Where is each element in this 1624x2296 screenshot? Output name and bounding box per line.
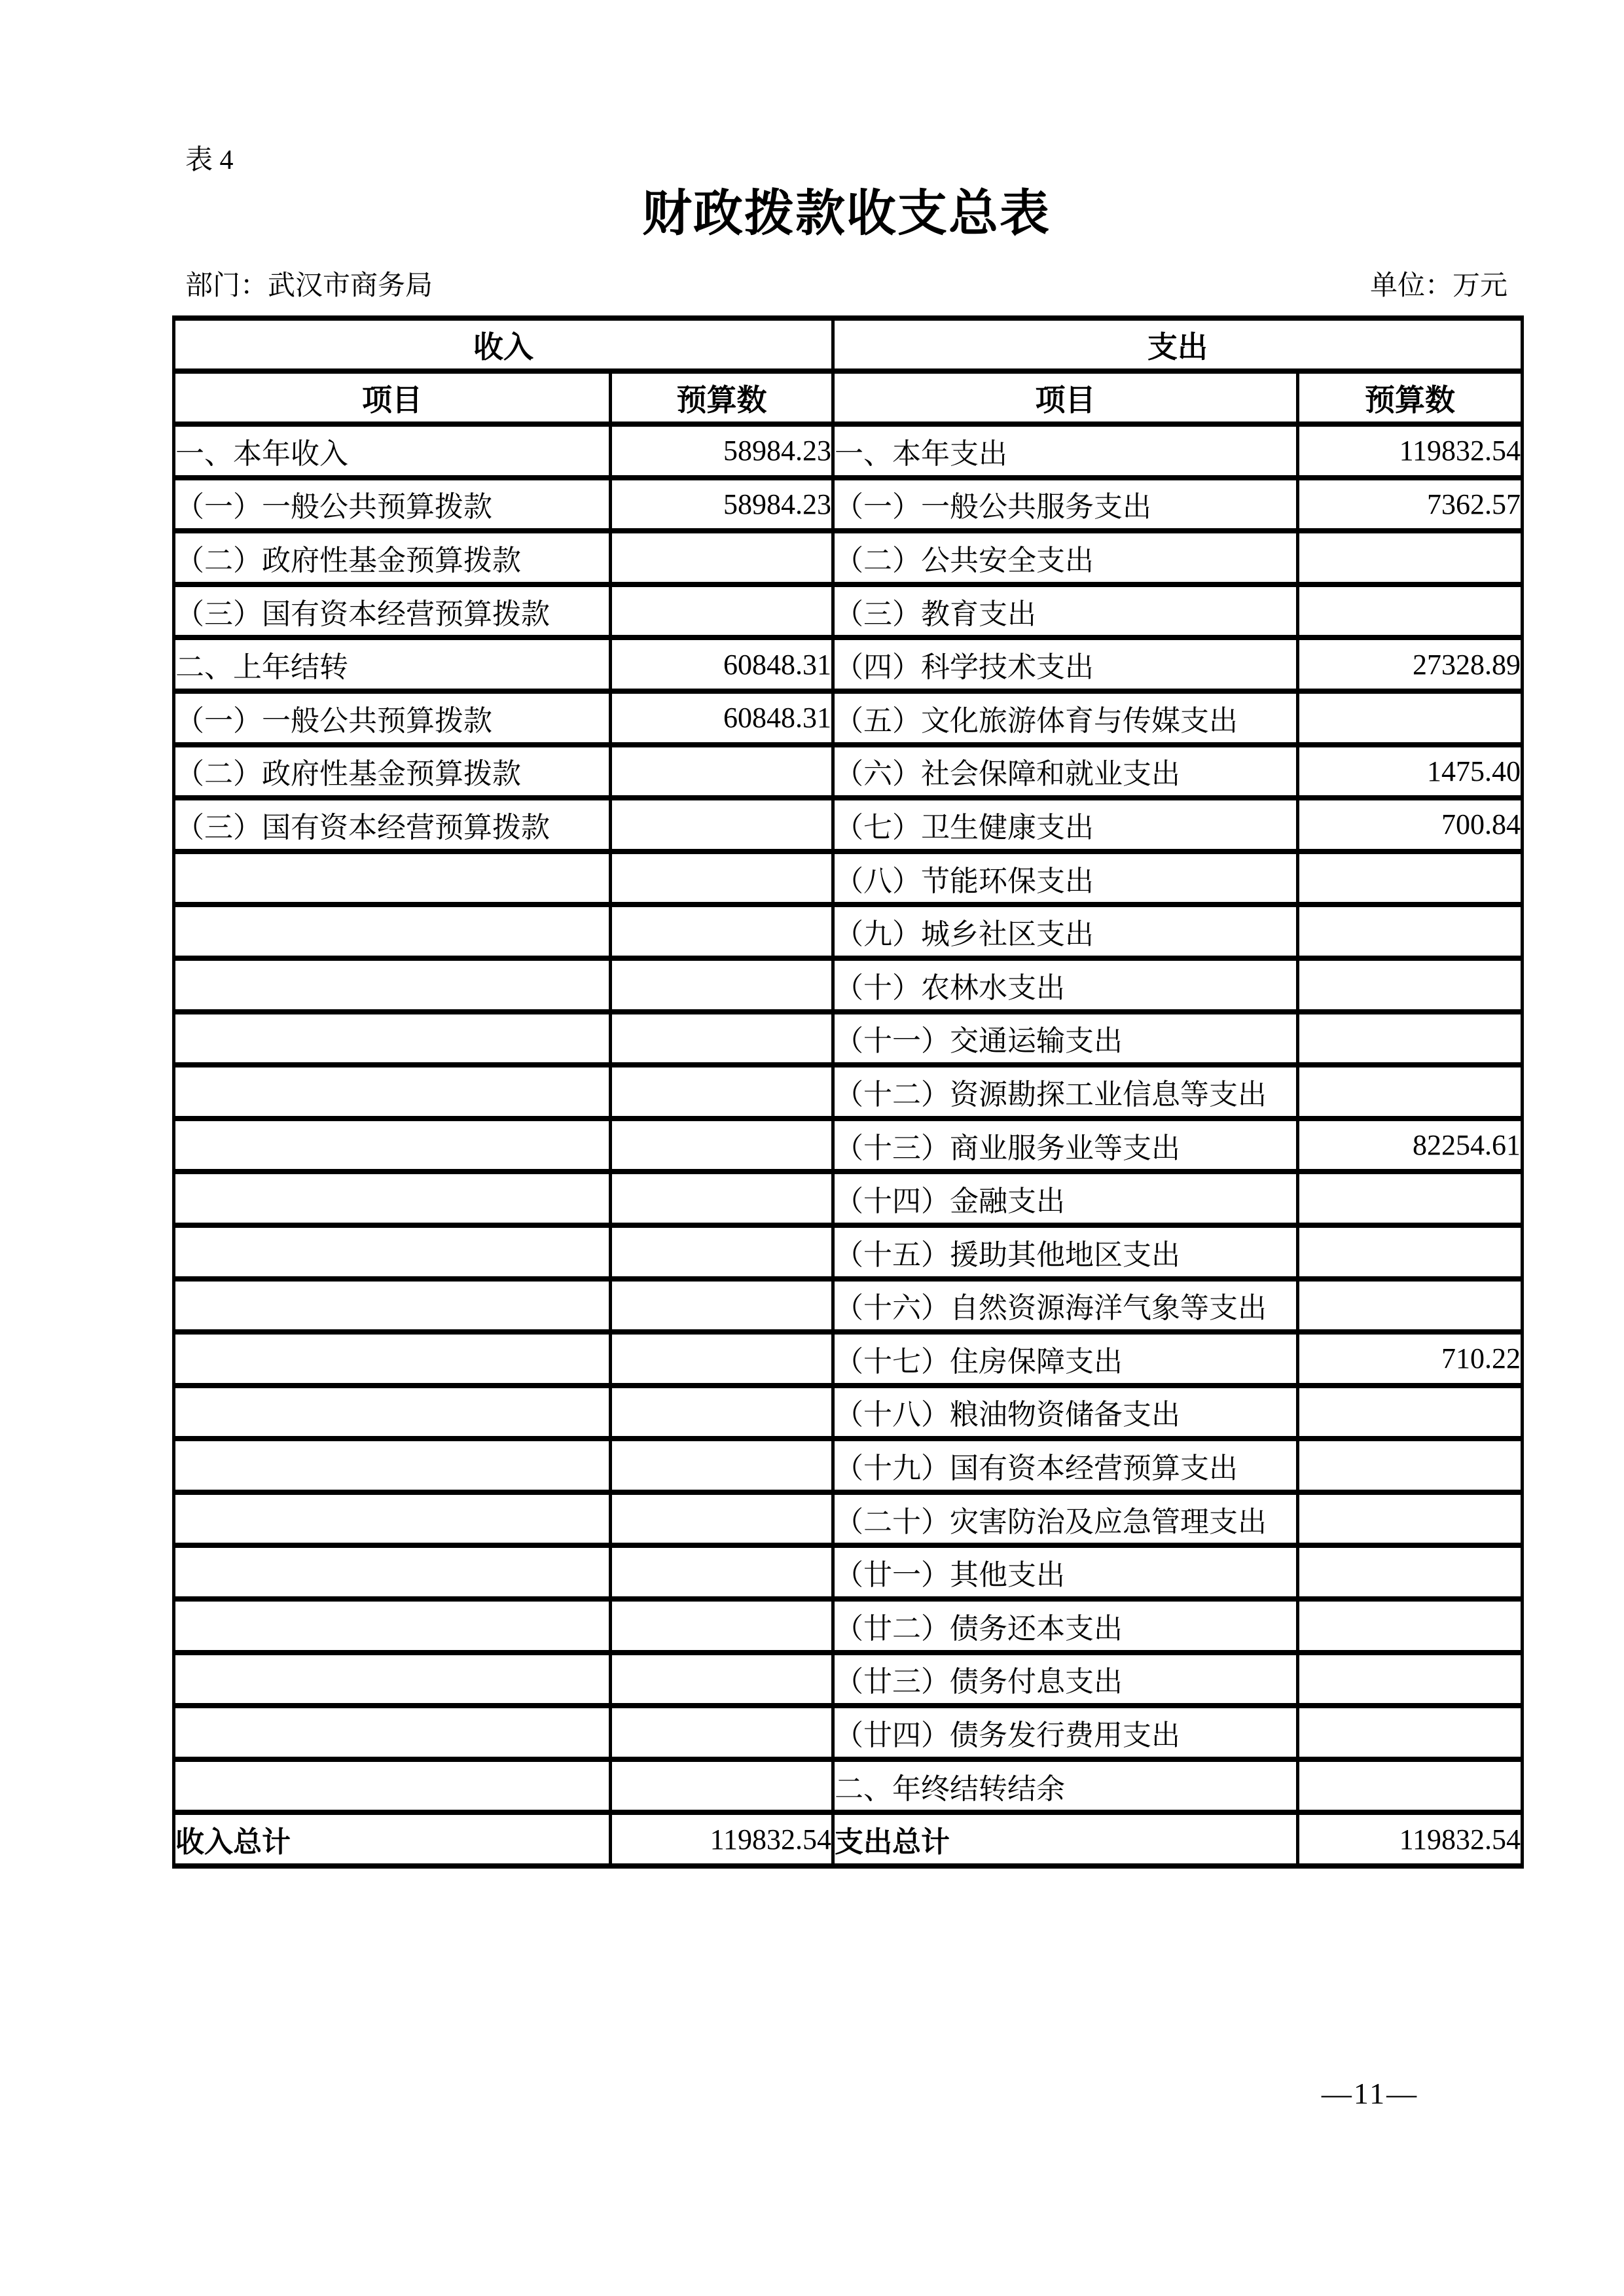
table-row: （十三）商业服务业等支出82254.61 — [174, 1119, 1523, 1172]
table-row: 二、年终结转结余 — [174, 1759, 1523, 1813]
expense-budget-cell — [1298, 1653, 1523, 1706]
document-page: 表 4 财政拨款收支总表 部门：武汉市商务局 单位：万元 收入 支出 项目 预算… — [0, 0, 1624, 2296]
income-item-cell — [174, 1012, 611, 1066]
income-item-cell — [174, 1386, 611, 1439]
income-budget-cell: 60848.31 — [611, 691, 833, 745]
table-number-label: 表 4 — [185, 144, 234, 177]
income-item-cell — [174, 1439, 611, 1492]
income-budget-cell: 60848.31 — [611, 637, 833, 691]
income-item-cell: 一、本年收入 — [174, 424, 611, 478]
page-number: —11— — [1239, 2076, 1501, 2111]
expense-item-cell: （十九）国有资本经营预算支出 — [833, 1439, 1298, 1492]
table-row: 一、本年收入58984.23一、本年支出119832.54 — [174, 424, 1523, 478]
income-budget-cell — [611, 1386, 833, 1439]
income-item-cell — [174, 1332, 611, 1386]
expense-item-cell: 支出总计 — [833, 1812, 1298, 1866]
expense-item-cell: （十）农林水支出 — [833, 958, 1298, 1012]
expense-budget-cell — [1298, 1492, 1523, 1546]
income-budget-cell — [611, 1065, 833, 1119]
income-group-header: 收入 — [174, 318, 833, 371]
expense-budget-cell: 119832.54 — [1298, 424, 1523, 478]
income-budget-cell — [611, 1492, 833, 1546]
income-budget-cell — [611, 798, 833, 852]
table-row: （十一）交通运输支出 — [174, 1012, 1523, 1066]
table-row: （十八）粮油物资储备支出 — [174, 1386, 1523, 1439]
table-row: （十四）金融支出 — [174, 1172, 1523, 1225]
page-title: 财政拨款收支总表 — [172, 186, 1521, 243]
income-item-cell — [174, 958, 611, 1012]
income-item-cell — [174, 852, 611, 905]
table-row: （二）政府性基金预算拨款（六）社会保障和就业支出1475.40 — [174, 745, 1523, 798]
income-item-cell — [174, 1119, 611, 1172]
income-item-cell — [174, 1653, 611, 1706]
expense-item-cell: （三）教育支出 — [833, 584, 1298, 638]
income-budget-cell — [611, 1279, 833, 1333]
income-item-cell — [174, 1065, 611, 1119]
expense-budget-cell: 119832.54 — [1298, 1812, 1523, 1866]
expense-budget-cell — [1298, 852, 1523, 905]
income-budget-cell — [611, 1172, 833, 1225]
expense-budget-cell — [1298, 584, 1523, 638]
table-row: （十六）自然资源海洋气象等支出 — [174, 1279, 1523, 1333]
expense-budget-cell — [1298, 1225, 1523, 1279]
expense-item-cell: （十一）交通运输支出 — [833, 1012, 1298, 1066]
expense-budget-cell — [1298, 1759, 1523, 1813]
income-item-cell — [174, 905, 611, 958]
expense-budget-cell — [1298, 905, 1523, 958]
expense-budget-cell — [1298, 1706, 1523, 1759]
expense-budget-cell — [1298, 1065, 1523, 1119]
income-budget-header: 预算数 — [611, 371, 833, 424]
expense-item-cell: （八）节能环保支出 — [833, 852, 1298, 905]
income-item-cell: （一）一般公共预算拨款 — [174, 691, 611, 745]
expense-budget-cell — [1298, 1439, 1523, 1492]
income-budget-cell — [611, 1225, 833, 1279]
income-item-cell: （一）一般公共预算拨款 — [174, 478, 611, 531]
table-row: （廿一）其他支出 — [174, 1545, 1523, 1599]
income-item-cell: （二）政府性基金预算拨款 — [174, 745, 611, 798]
table-row: （二十）灾害防治及应急管理支出 — [174, 1492, 1523, 1546]
table-row: （一）一般公共预算拨款58984.23（一）一般公共服务支出7362.57 — [174, 478, 1523, 531]
income-budget-cell — [611, 1653, 833, 1706]
income-item-cell — [174, 1759, 611, 1813]
expense-item-cell: （廿四）债务发行费用支出 — [833, 1706, 1298, 1759]
income-item-cell — [174, 1492, 611, 1546]
expense-group-header: 支出 — [833, 318, 1523, 371]
table-row: （八）节能环保支出 — [174, 852, 1523, 905]
income-budget-cell — [611, 1012, 833, 1066]
expense-item-cell: （二十）灾害防治及应急管理支出 — [833, 1492, 1298, 1546]
income-budget-cell — [611, 1119, 833, 1172]
expense-budget-cell — [1298, 1172, 1523, 1225]
expense-item-cell: （十二）资源勘探工业信息等支出 — [833, 1065, 1298, 1119]
income-budget-cell — [611, 958, 833, 1012]
expense-item-cell: （五）文化旅游体育与传媒支出 — [833, 691, 1298, 745]
table-row: （一）一般公共预算拨款60848.31（五）文化旅游体育与传媒支出 — [174, 691, 1523, 745]
income-budget-cell — [611, 1545, 833, 1599]
income-item-cell: （二）政府性基金预算拨款 — [174, 531, 611, 584]
expense-item-cell: （廿三）债务付息支出 — [833, 1653, 1298, 1706]
expense-budget-header: 预算数 — [1298, 371, 1523, 424]
table-row: （十）农林水支出 — [174, 958, 1523, 1012]
income-item-cell — [174, 1545, 611, 1599]
income-budget-cell — [611, 584, 833, 638]
income-budget-cell — [611, 1332, 833, 1386]
expense-item-cell: （九）城乡社区支出 — [833, 905, 1298, 958]
expense-item-cell: （十六）自然资源海洋气象等支出 — [833, 1279, 1298, 1333]
income-item-cell — [174, 1706, 611, 1759]
income-budget-cell — [611, 531, 833, 584]
unit-label: 单位：万元 — [1370, 270, 1507, 302]
table-row: （十五）援助其他地区支出 — [174, 1225, 1523, 1279]
budget-table: 收入 支出 项目 预算数 项目 预算数 一、本年收入58984.23一、本年支出… — [172, 315, 1524, 1869]
expense-item-cell: （十五）援助其他地区支出 — [833, 1225, 1298, 1279]
expense-budget-cell: 700.84 — [1298, 798, 1523, 852]
department-label: 部门：武汉市商务局 — [185, 270, 433, 302]
expense-budget-cell: 27328.89 — [1298, 637, 1523, 691]
expense-budget-cell — [1298, 691, 1523, 745]
expense-item-cell: （二）公共安全支出 — [833, 531, 1298, 584]
table-row: （二）政府性基金预算拨款（二）公共安全支出 — [174, 531, 1523, 584]
expense-budget-cell: 82254.61 — [1298, 1119, 1523, 1172]
expense-item-cell: 一、本年支出 — [833, 424, 1298, 478]
expense-item-cell: （十七）住房保障支出 — [833, 1332, 1298, 1386]
expense-item-cell: （十四）金融支出 — [833, 1172, 1298, 1225]
table-row: （廿三）债务付息支出 — [174, 1653, 1523, 1706]
income-budget-cell: 119832.54 — [611, 1812, 833, 1866]
meta-row: 部门：武汉市商务局 单位：万元 — [185, 270, 1507, 302]
income-budget-cell — [611, 852, 833, 905]
expense-item-cell: （四）科学技术支出 — [833, 637, 1298, 691]
expense-item-cell: 二、年终结转结余 — [833, 1759, 1298, 1813]
table-row: （廿二）债务还本支出 — [174, 1599, 1523, 1653]
expense-item-cell: （七）卫生健康支出 — [833, 798, 1298, 852]
expense-item-cell: （廿一）其他支出 — [833, 1545, 1298, 1599]
income-budget-cell — [611, 1439, 833, 1492]
table-body: 一、本年收入58984.23一、本年支出119832.54（一）一般公共预算拨款… — [174, 424, 1523, 1866]
expense-item-cell: （十三）商业服务业等支出 — [833, 1119, 1298, 1172]
income-item-cell — [174, 1599, 611, 1653]
expense-budget-cell — [1298, 1012, 1523, 1066]
income-budget-cell — [611, 1599, 833, 1653]
table-row: （十二）资源勘探工业信息等支出 — [174, 1065, 1523, 1119]
expense-item-cell: （廿二）债务还本支出 — [833, 1599, 1298, 1653]
income-budget-cell — [611, 1706, 833, 1759]
table-row: （十七）住房保障支出710.22 — [174, 1332, 1523, 1386]
income-budget-cell: 58984.23 — [611, 424, 833, 478]
income-budget-cell: 58984.23 — [611, 478, 833, 531]
table-row: 收入总计119832.54支出总计119832.54 — [174, 1812, 1523, 1866]
expense-budget-cell — [1298, 1386, 1523, 1439]
expense-budget-cell — [1298, 531, 1523, 584]
expense-item-cell: （六）社会保障和就业支出 — [833, 745, 1298, 798]
income-item-cell: （三）国有资本经营预算拨款 — [174, 584, 611, 638]
income-item-cell — [174, 1279, 611, 1333]
expense-item-header: 项目 — [833, 371, 1298, 424]
column-header-row: 项目 预算数 项目 预算数 — [174, 371, 1523, 424]
group-header-row: 收入 支出 — [174, 318, 1523, 371]
expense-budget-cell — [1298, 1545, 1523, 1599]
income-item-cell: （三）国有资本经营预算拨款 — [174, 798, 611, 852]
expense-item-cell: （一）一般公共服务支出 — [833, 478, 1298, 531]
income-budget-cell — [611, 905, 833, 958]
expense-budget-cell: 710.22 — [1298, 1332, 1523, 1386]
expense-budget-cell: 7362.57 — [1298, 478, 1523, 531]
expense-budget-cell: 1475.40 — [1298, 745, 1523, 798]
expense-budget-cell — [1298, 1279, 1523, 1333]
income-budget-cell — [611, 1759, 833, 1813]
table-row: （廿四）债务发行费用支出 — [174, 1706, 1523, 1759]
income-item-header: 项目 — [174, 371, 611, 424]
income-item-cell — [174, 1225, 611, 1279]
table-row: （十九）国有资本经营预算支出 — [174, 1439, 1523, 1492]
table-row: （九）城乡社区支出 — [174, 905, 1523, 958]
table-row: （三）国有资本经营预算拨款（三）教育支出 — [174, 584, 1523, 638]
table-row: 二、上年结转60848.31（四）科学技术支出27328.89 — [174, 637, 1523, 691]
expense-item-cell: （十八）粮油物资储备支出 — [833, 1386, 1298, 1439]
expense-budget-cell — [1298, 1599, 1523, 1653]
income-budget-cell — [611, 745, 833, 798]
income-item-cell: 收入总计 — [174, 1812, 611, 1866]
expense-budget-cell — [1298, 958, 1523, 1012]
budget-table-head: 收入 支出 项目 预算数 项目 预算数 — [174, 318, 1523, 424]
table-row: （三）国有资本经营预算拨款（七）卫生健康支出700.84 — [174, 798, 1523, 852]
income-item-cell — [174, 1172, 611, 1225]
income-item-cell: 二、上年结转 — [174, 637, 611, 691]
